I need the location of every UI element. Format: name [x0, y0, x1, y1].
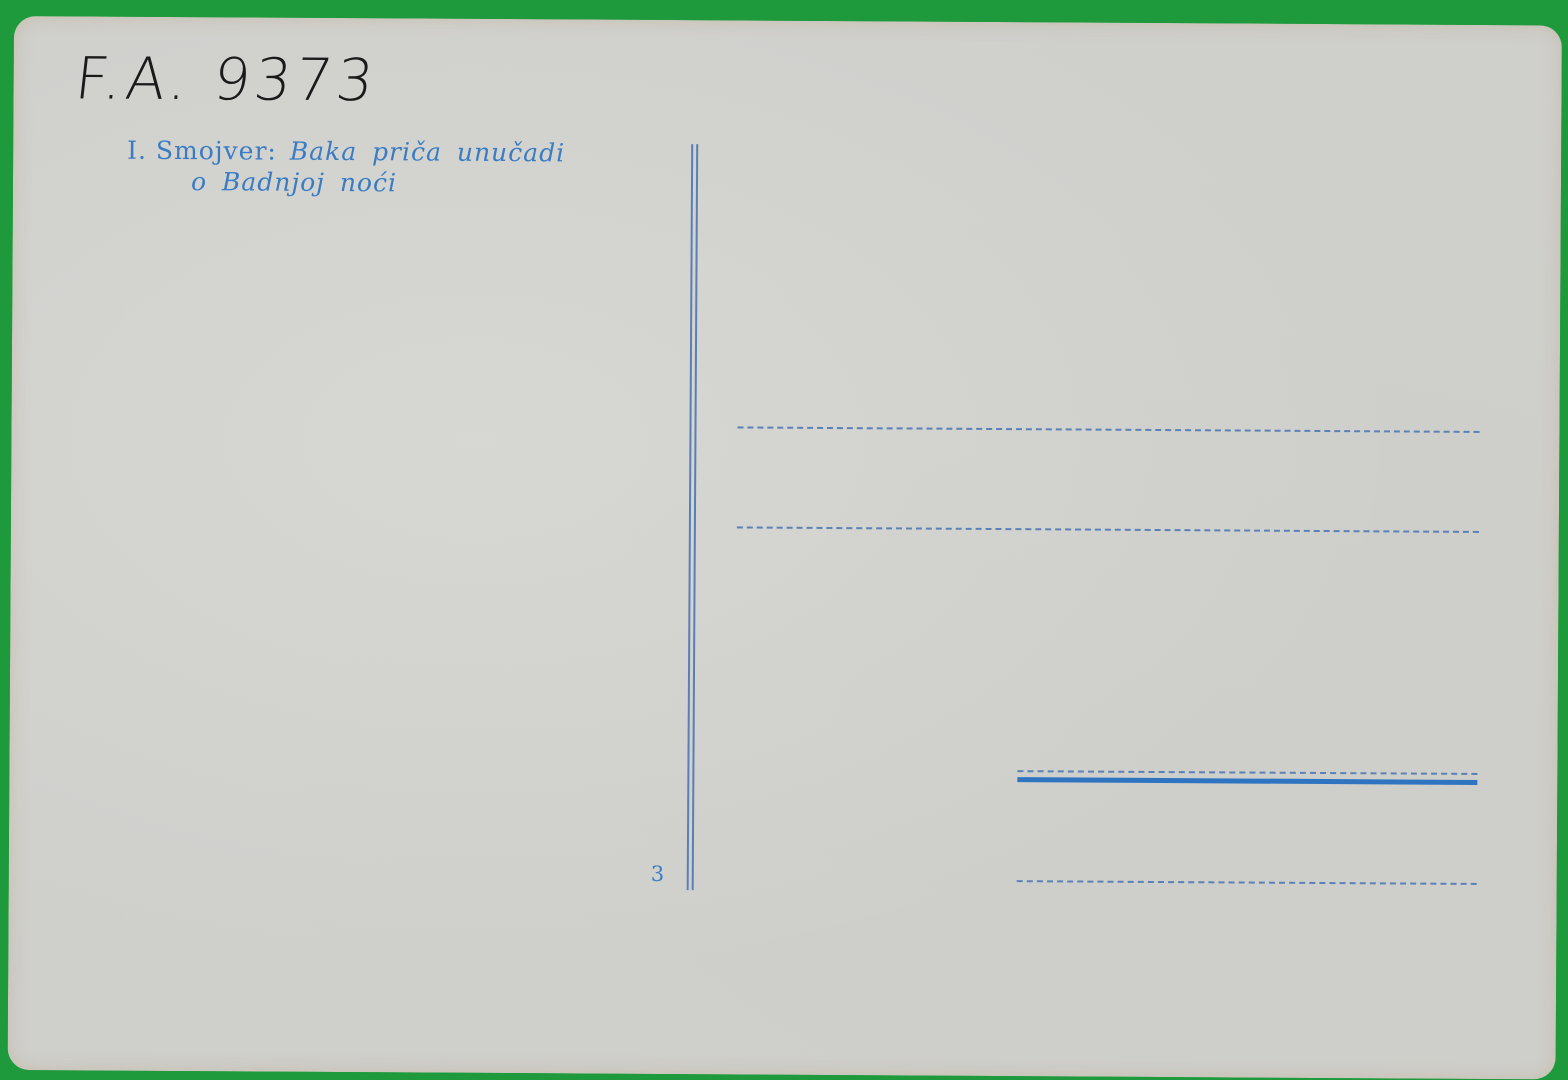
address-line-4: [1017, 880, 1477, 885]
handwritten-archive-number: F.A. 9373: [72, 44, 381, 114]
address-line-2: [737, 526, 1479, 533]
divider-line-right: [692, 144, 699, 890]
address-line-3: [1017, 770, 1477, 775]
address-line-1: [737, 426, 1479, 433]
postcard-caption: I. Smojver: Baka priča unučadi o Badnjoj…: [127, 135, 565, 200]
caption-author: I. Smojver:: [127, 136, 277, 166]
caption-title-line2: o Badnjoj noći: [127, 166, 565, 200]
postcard-back: F.A. 9373 I. Smojver: Baka priča unučadi…: [8, 16, 1562, 1079]
address-underline-solid: [1017, 777, 1477, 785]
page-number: 3: [651, 862, 665, 886]
caption-title-line1: Baka priča unučadi: [290, 137, 565, 168]
